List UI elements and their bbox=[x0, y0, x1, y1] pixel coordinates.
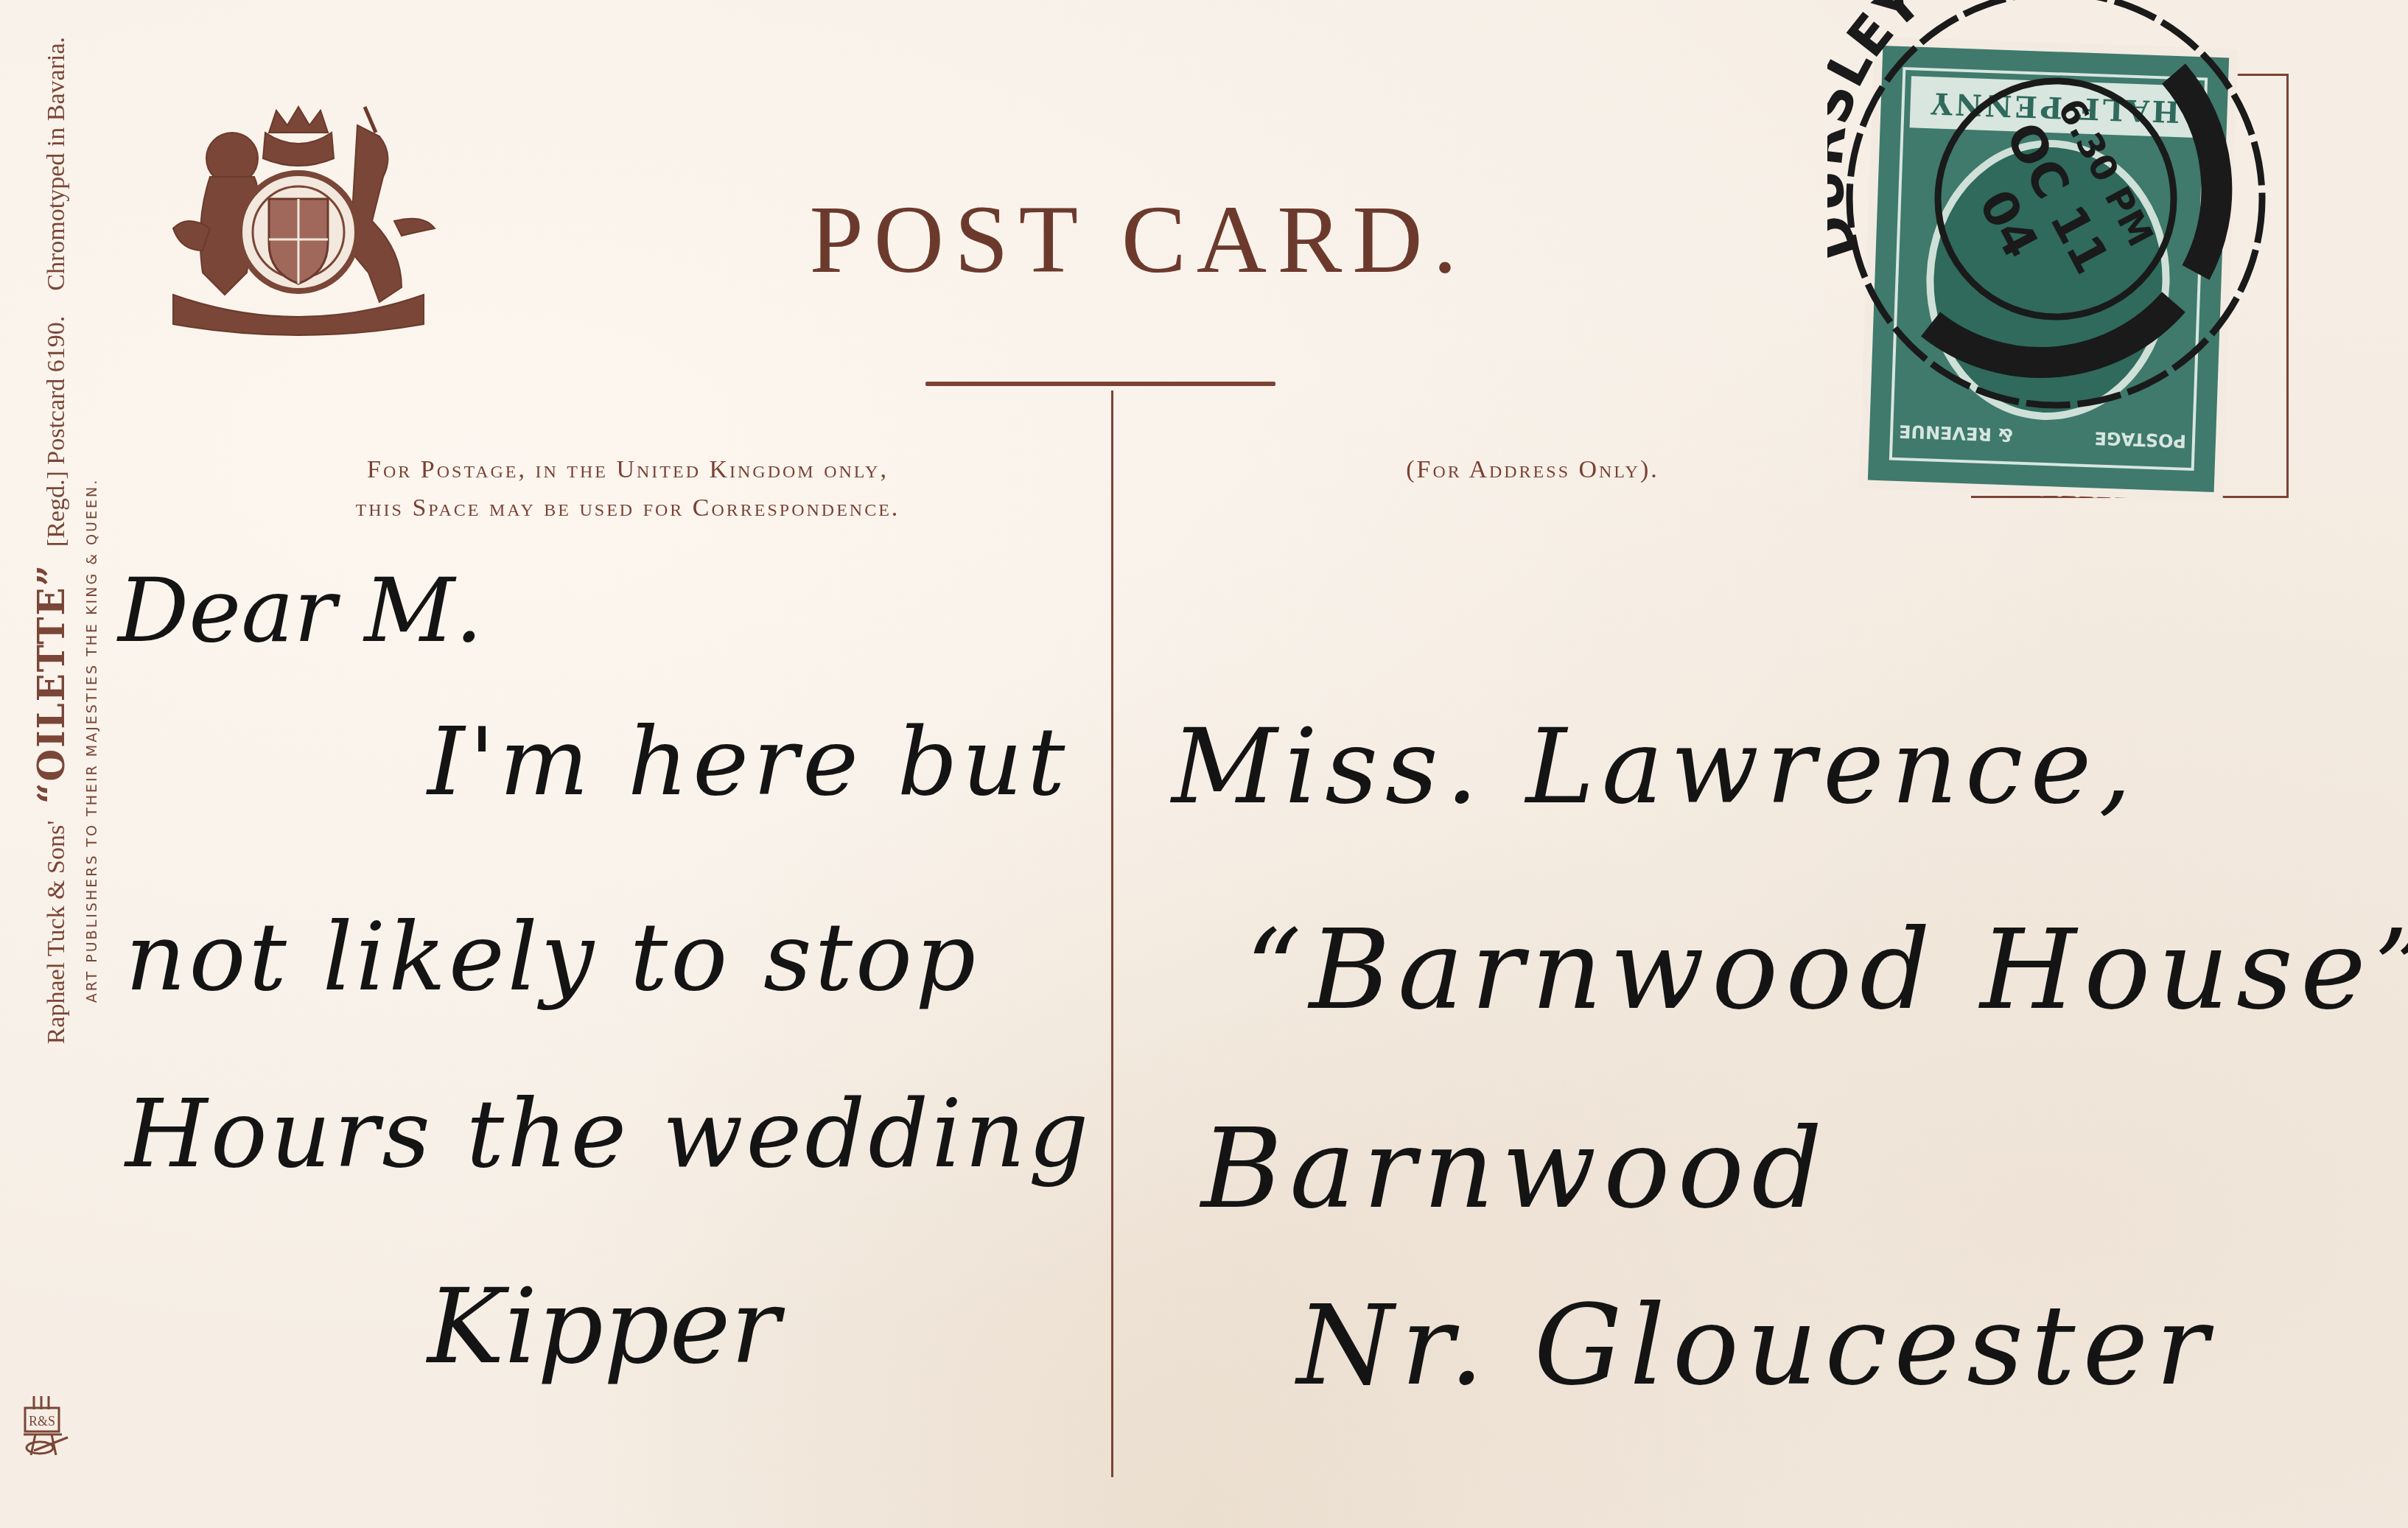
print-note: Chromotyped in Bavaria. bbox=[43, 37, 70, 291]
registration-number: [Regd.] Postcard 6190. bbox=[43, 316, 70, 547]
publisher-name: Raphael Tuck & Sons' bbox=[43, 821, 70, 1045]
publisher-imprint: Raphael Tuck & Sons' “OILETTE” [Regd.] P… bbox=[29, 37, 74, 1510]
royal-appointment: ART PUBLISHERS TO THEIR MAJESTIES THE KI… bbox=[81, 298, 103, 1182]
postcard-title: POST CARD. bbox=[774, 188, 1503, 291]
correspondence-caption: For Postage, in the United Kingdom only,… bbox=[193, 451, 1063, 528]
svg-text:DURSLEY: DURSLEY bbox=[1827, 0, 1933, 268]
message-line-2: not likely to stop bbox=[125, 903, 979, 1012]
message-address-divider bbox=[1111, 390, 1113, 1477]
address-recipient: Miss. Lawrence, bbox=[1172, 707, 2139, 827]
address-house: “Barnwood House” bbox=[1245, 906, 2408, 1034]
dursley-postmark-icon: DURSLEY 6.30 PM OC 11 04 bbox=[1827, 0, 2284, 442]
caption-line-2: this Space may be used for Correspondenc… bbox=[193, 489, 1063, 528]
svg-text:R&S: R&S bbox=[29, 1414, 55, 1429]
message-signature: Kipper bbox=[427, 1267, 780, 1387]
postcard-back: Raphael Tuck & Sons' “OILETTE” [Regd.] P… bbox=[0, 0, 2408, 1528]
postmark-town: DURSLEY bbox=[1827, 0, 1933, 268]
message-line-1: I'm here but bbox=[427, 707, 1069, 817]
message-salutation: Dear M. bbox=[118, 560, 483, 662]
easel-palette-logo-icon: R&S bbox=[13, 1389, 72, 1459]
address-locality: Barnwood bbox=[1201, 1105, 1830, 1233]
royal-coat-of-arms-icon bbox=[158, 103, 438, 346]
address-caption: (For Address Only). bbox=[1326, 451, 1739, 489]
address-city: Nr. Gloucester bbox=[1297, 1282, 2216, 1410]
title-rule bbox=[925, 382, 1275, 386]
brand-name: “OILETTE” bbox=[29, 564, 73, 804]
caption-line-1: For Postage, in the United Kingdom only, bbox=[193, 451, 1063, 489]
message-line-3: Hours the wedding bbox=[125, 1079, 1092, 1189]
